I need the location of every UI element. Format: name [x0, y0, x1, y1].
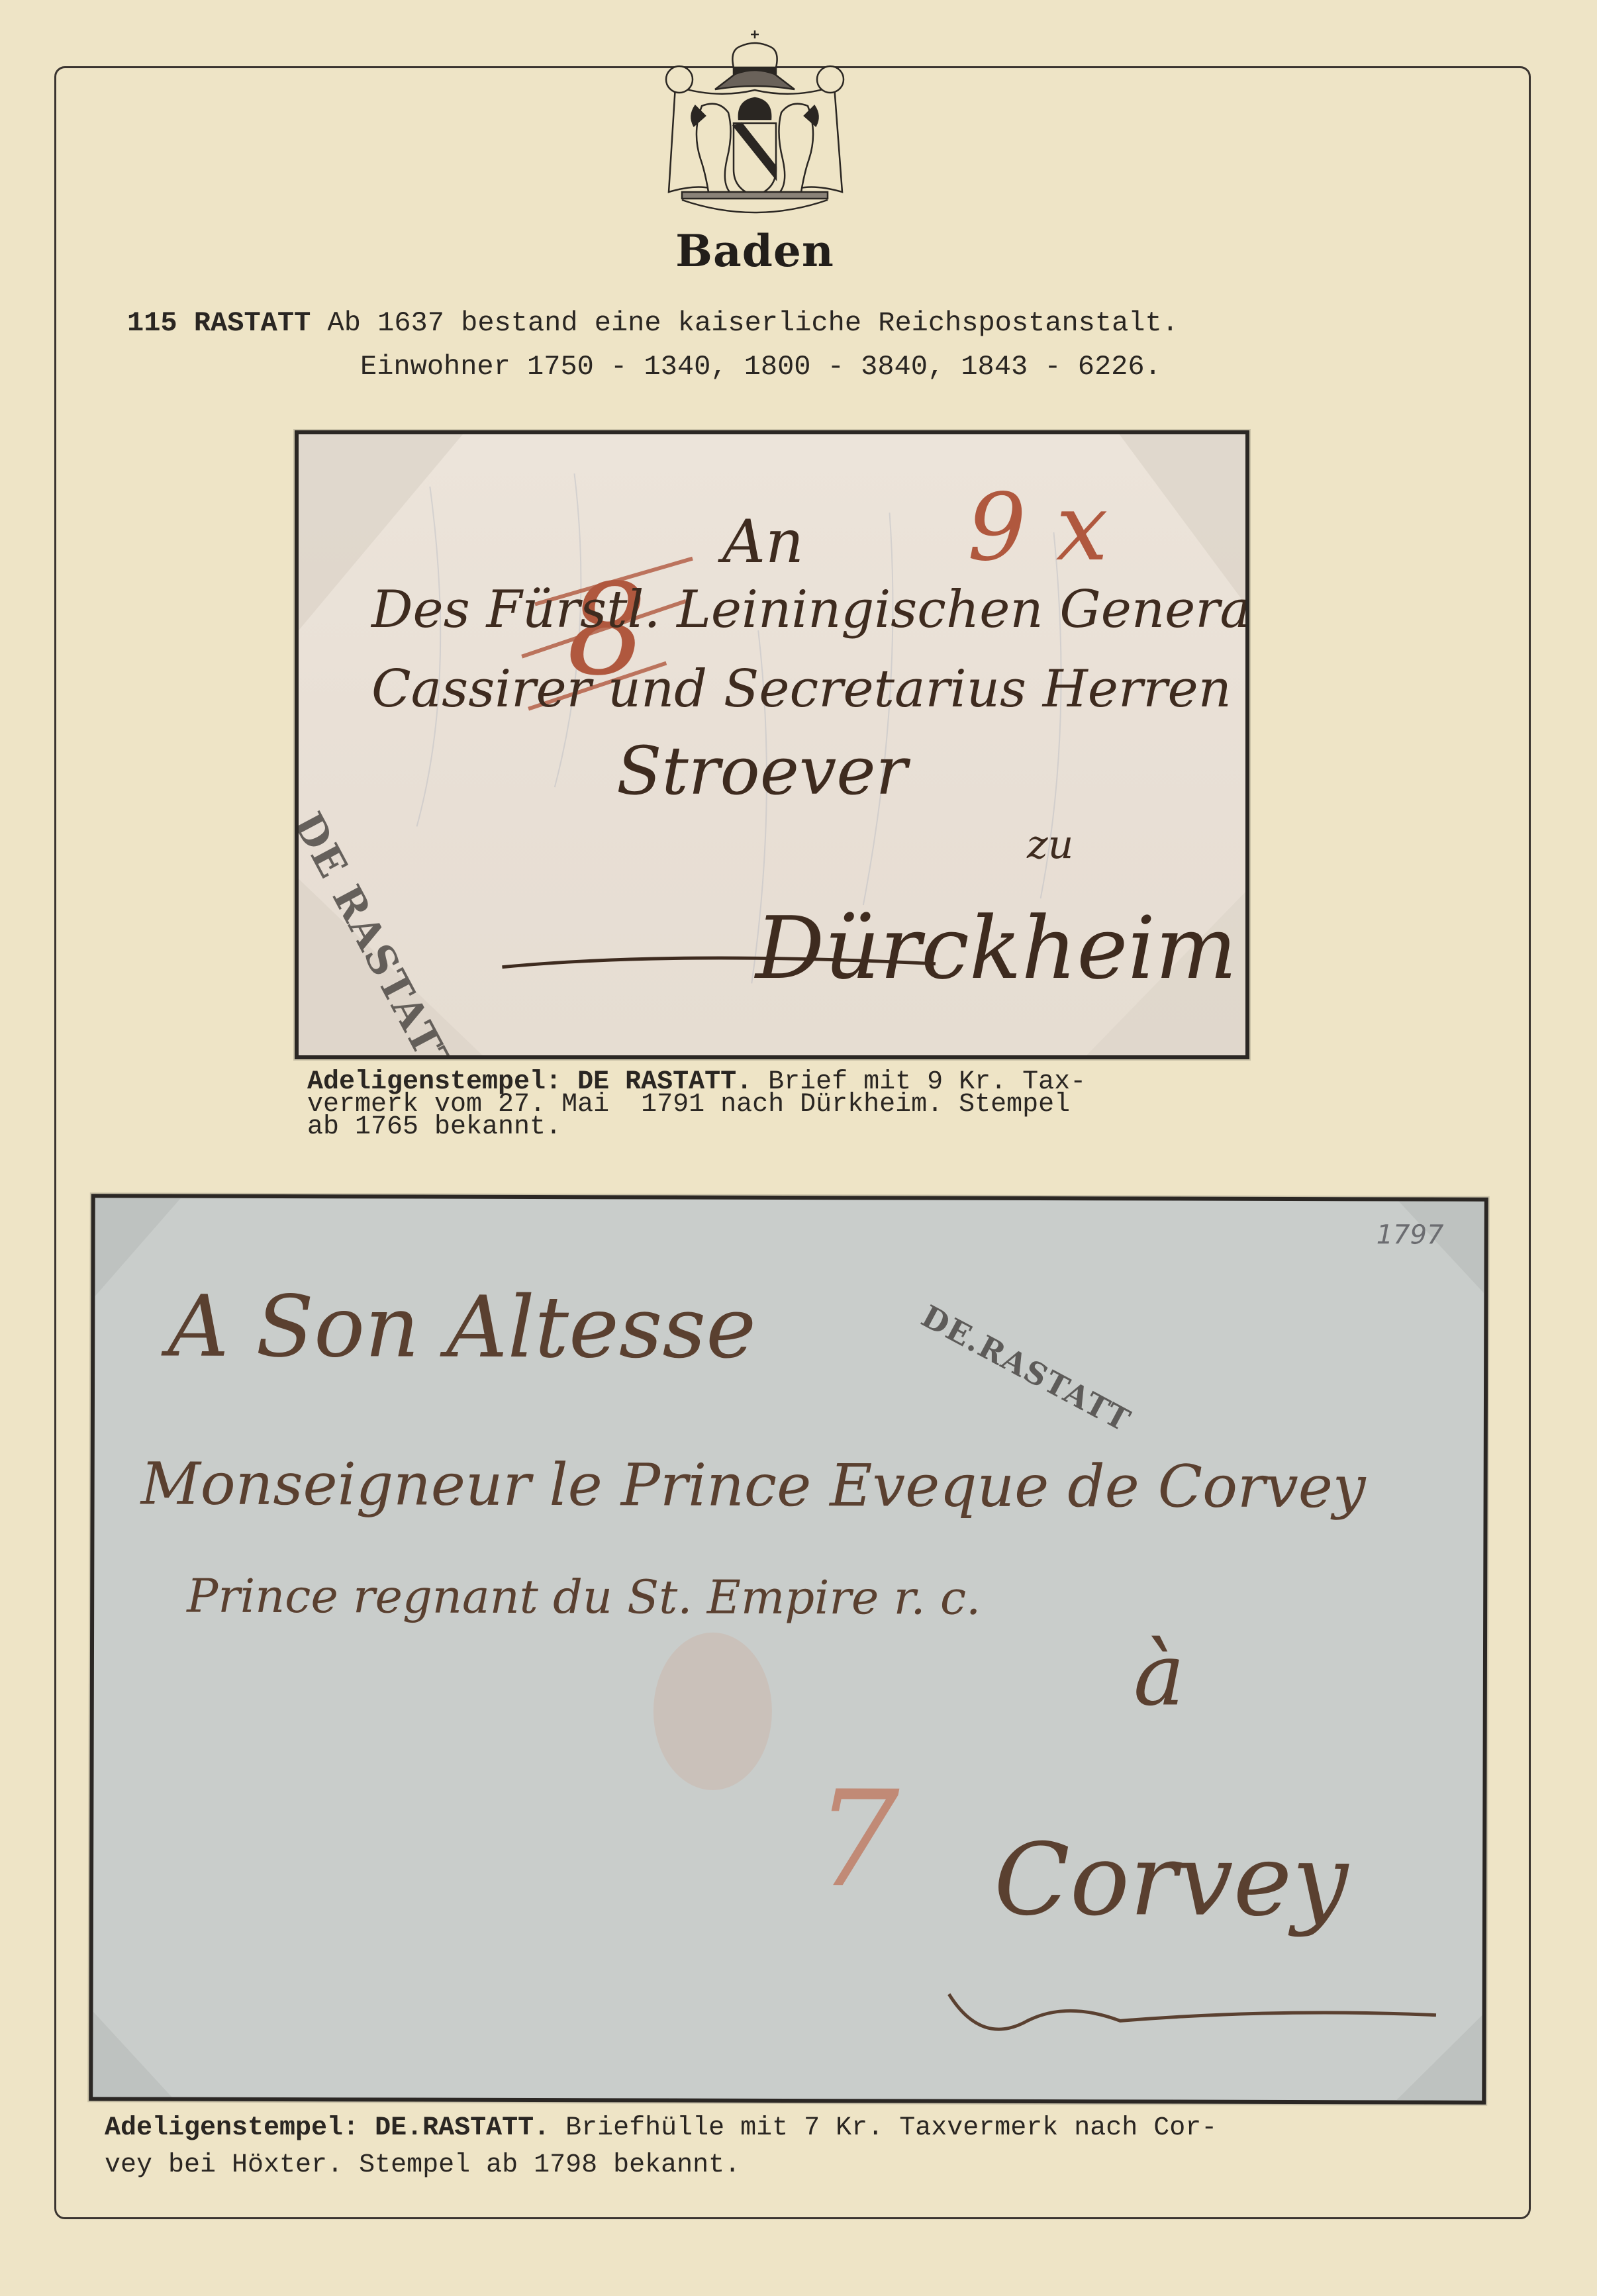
address-line-5: zu — [1027, 822, 1073, 868]
address-line-4: Stroever — [616, 732, 907, 810]
address-line-2: Monseigneur le Prince Eveque de Corvey — [141, 1449, 1366, 1521]
tax-mark-7kr: 7 — [815, 1762, 900, 1917]
address-line-1: An — [722, 507, 804, 577]
caption-2-line-1: Briefhülle mit 7 Kr. Taxvermerk nach Cor… — [550, 2113, 1217, 2143]
entry-number: 115 — [127, 307, 177, 339]
address-line-4: à — [1134, 1624, 1185, 1725]
coat-of-arms-icon — [655, 26, 854, 222]
caption-1-line-3: ab 1765 bekannt. — [307, 1112, 561, 1142]
address-line-3: Prince regnant du St. Empire r. c. — [187, 1569, 981, 1625]
cover-2-caption: Adeligenstempel: DE.RASTATT. Briefhülle … — [105, 2110, 1217, 2184]
entry-place: RASTATT — [194, 307, 311, 339]
intro-line-1: Ab 1637 bestand eine kaiserliche Reichsp… — [328, 307, 1179, 339]
tax-mark-9kr: 9 x — [967, 474, 1108, 582]
intro-text: 115 RASTATT Ab 1637 bestand eine kaiserl… — [127, 301, 1179, 389]
address-line-5: Corvey — [994, 1823, 1349, 1938]
cover-1-caption: Adeligenstempel: DE RASTATT. Brief mit 9… — [307, 1071, 1086, 1139]
caption-2-bold: Adeligenstempel: DE.RASTATT. — [105, 2113, 550, 2143]
pencil-year-note: 1797 — [1377, 1220, 1444, 1250]
address-line-2: Des Fürstl. Leiningischen General — [371, 580, 1249, 640]
address-line-6: Dürckheim — [755, 898, 1237, 998]
cover-1-letter: 8 9 x An Des Fürstl. Leiningischen Gener… — [295, 430, 1249, 1059]
address-line-1: A Son Altesse — [168, 1278, 756, 1378]
region-title: Baden — [662, 225, 847, 277]
address-line-3: Cassirer und Secretarius Herren — [371, 659, 1232, 719]
intro-line-2: Einwohner 1750 - 1340, 1800 - 3840, 1843… — [127, 351, 1161, 383]
caption-2-line-2: vey bei Höxter. Stempel ab 1798 bekannt. — [105, 2150, 740, 2180]
cover-2-letter: 1797 DE.RASTATT A Son Altesse Monseigneu… — [89, 1194, 1488, 2105]
